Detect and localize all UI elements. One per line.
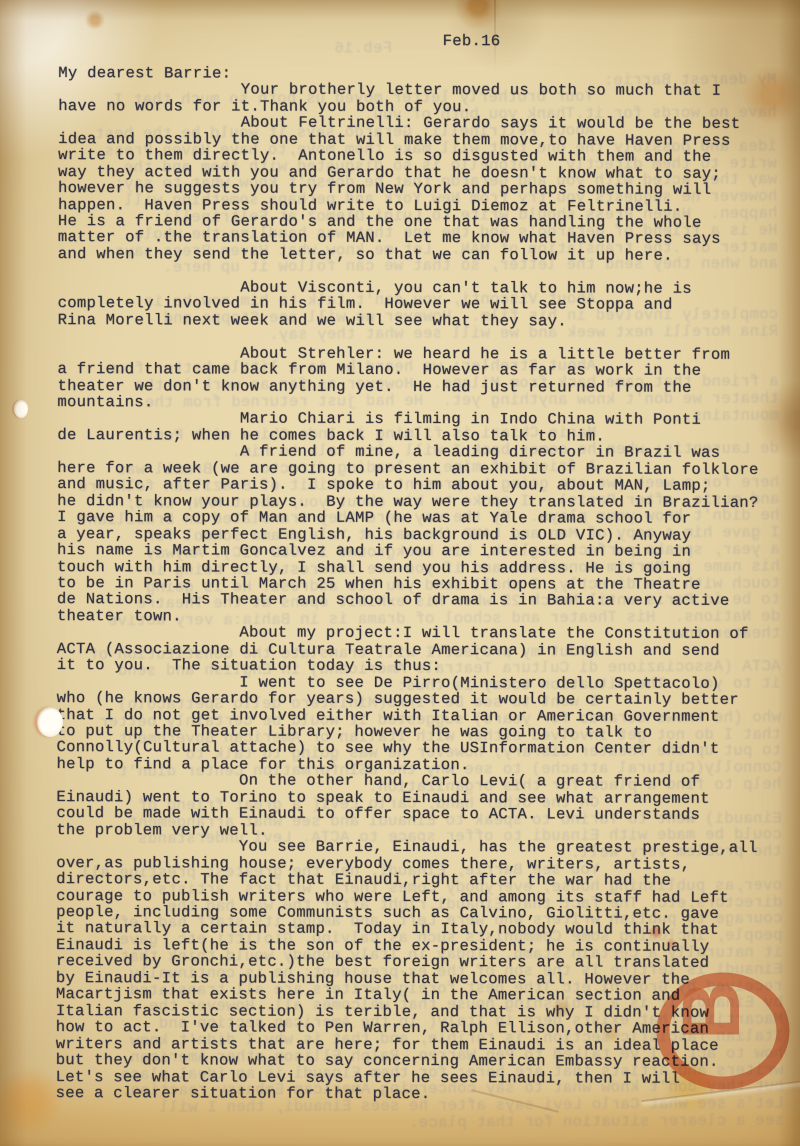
hole-punch-icon xyxy=(37,707,63,737)
letter-text: Feb.16 My dearest Barrie: Your brotherly… xyxy=(56,32,783,1103)
scanned-letter: Feb.16 My dearest Barrie: Your brotherly… xyxy=(0,0,800,1146)
fold-crease xyxy=(494,0,496,70)
hole-punch-icon xyxy=(14,400,28,418)
